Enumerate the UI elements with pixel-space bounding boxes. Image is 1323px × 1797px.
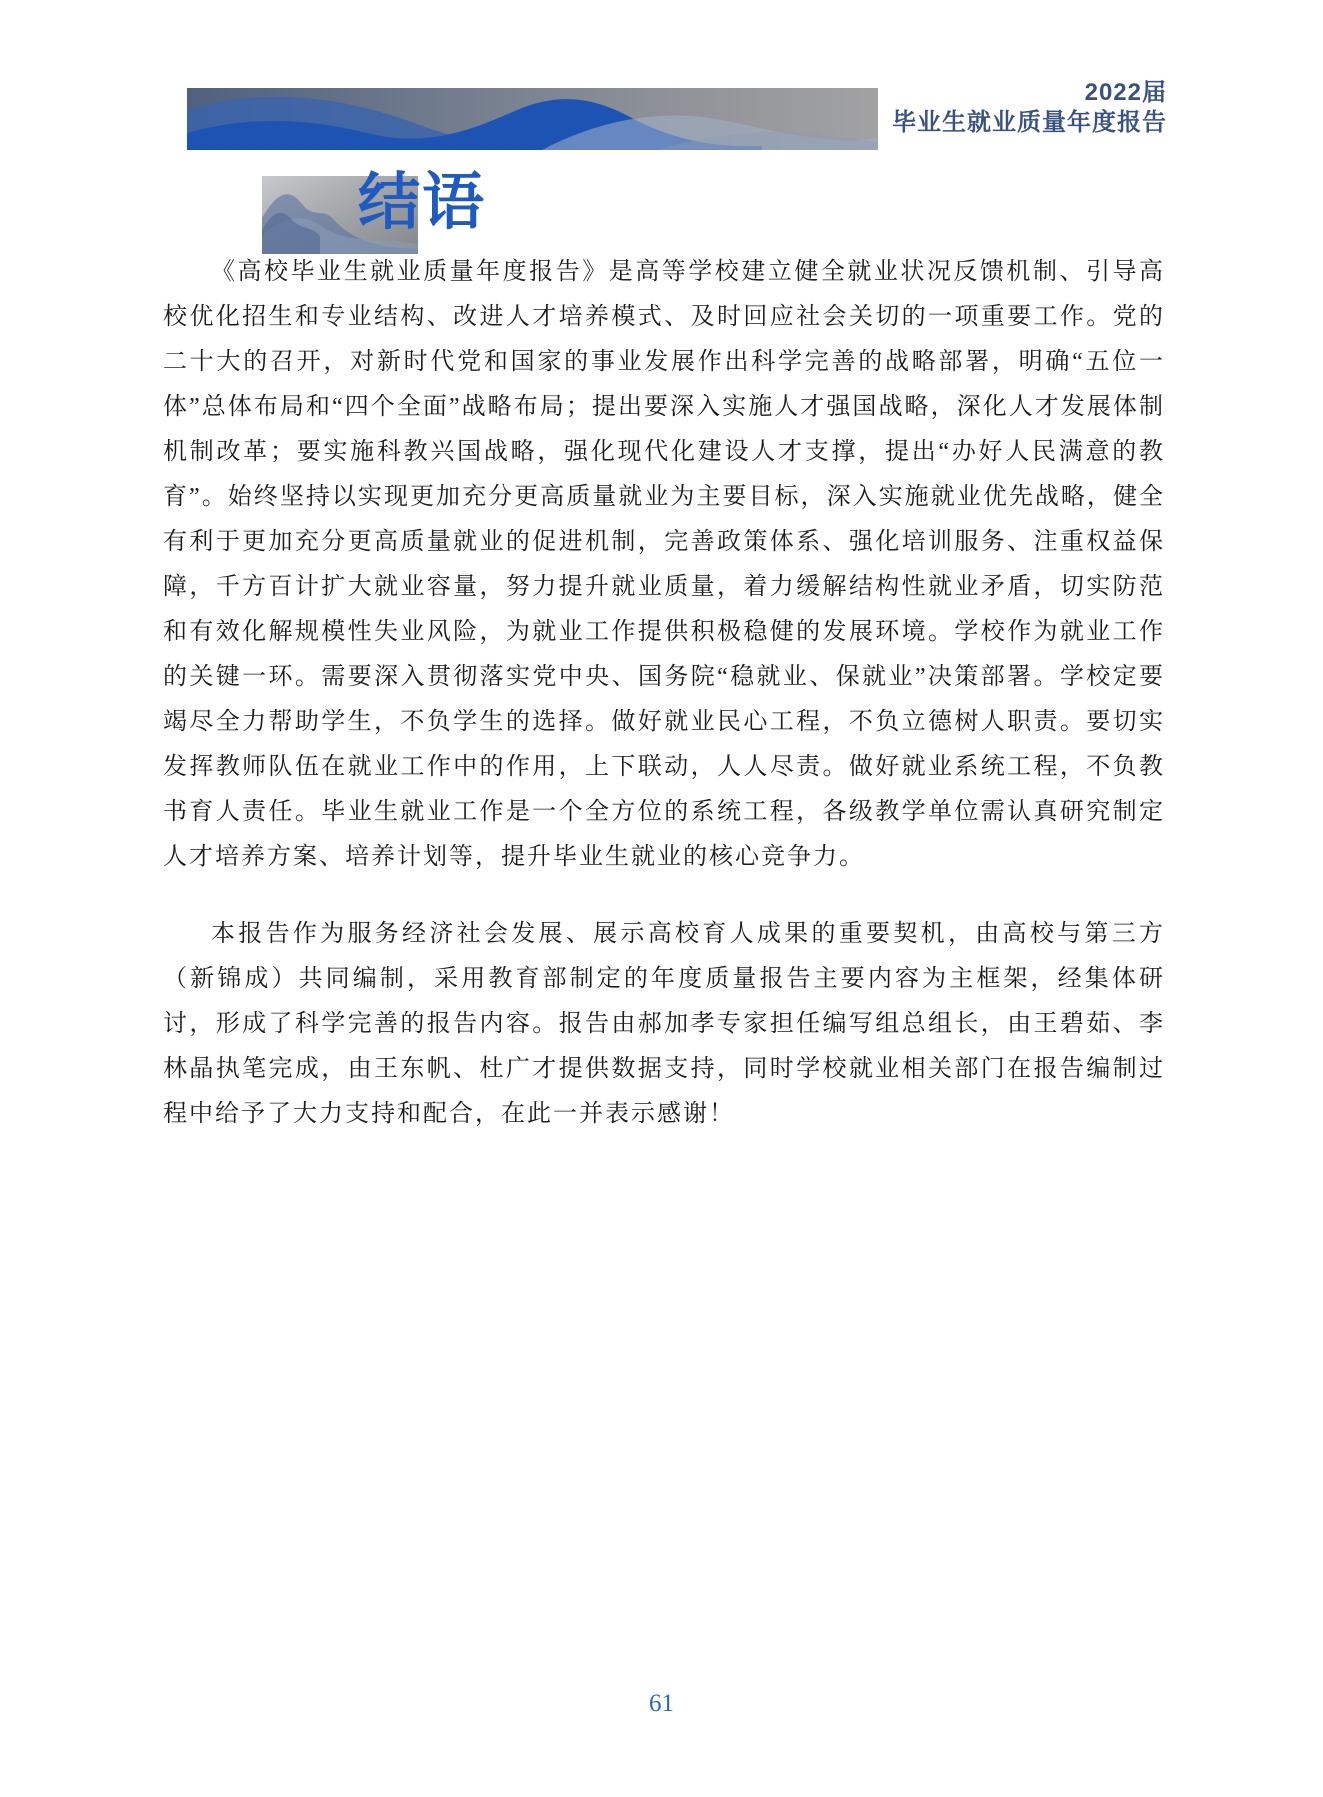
- body-text-block: 《高校毕业生就业质量年度报告》是高等学校建立健全就业状况反馈机制、引导高校优化招…: [163, 250, 1165, 1137]
- header-year: 2022届: [892, 78, 1167, 108]
- page-number: 61: [0, 1690, 1323, 1718]
- banner-wave-graphic: [187, 88, 878, 150]
- body-paragraph: 《高校毕业生就业质量年度报告》是高等学校建立健全就业状况反馈机制、引导高校优化招…: [163, 250, 1165, 880]
- report-page: 2022届 毕业生就业质量年度报告 结语 《高校毕业生就业质量年度报告》是高等学…: [0, 0, 1323, 1797]
- section-title: 结语: [358, 164, 486, 242]
- header-banner: [187, 88, 878, 150]
- header-text-block: 2022届 毕业生就业质量年度报告: [892, 78, 1167, 138]
- body-paragraph: 本报告作为服务经济社会发展、展示高校育人成果的重要契机，由高校与第三方（新锦成）…: [163, 912, 1165, 1137]
- header-report-title: 毕业生就业质量年度报告: [892, 108, 1167, 138]
